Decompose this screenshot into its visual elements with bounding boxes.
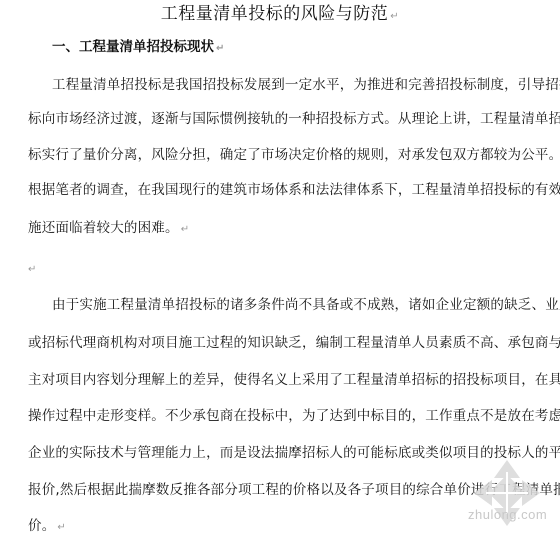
paragraph-mark-icon: ↵ xyxy=(216,43,224,54)
empty-paragraph: ↵ xyxy=(28,258,37,280)
paragraph1-last-line: 施还面临着较大的困难。↵ xyxy=(28,218,189,240)
paragraph2-line-text: 价。 xyxy=(28,518,55,534)
paragraph-mark-icon: ↵ xyxy=(57,522,66,533)
document-title-text: 工程量清单投标的风险与防范 xyxy=(161,4,389,24)
paragraph-mark-icon: ↵ xyxy=(181,224,190,235)
paragraph2-line: 主对项目内容划分理解上的差异，使得名义上采用了工程量清单招标的招投标项目，在具体 xyxy=(28,370,560,390)
paragraph-mark-icon: ↵ xyxy=(28,264,37,275)
watermark-text: zhulong.com xyxy=(468,507,547,522)
paragraph2-line: 由于实施工程量清单招投标的诸多条件尚不具备或不成熟，诸如企业定额的缺乏、业主 xyxy=(52,295,560,315)
paragraph1-line-text: 施还面临着较大的困难。 xyxy=(28,220,179,236)
paragraph2-line: 或招标代理商机构对项目施工过程的知识缺乏，编制工程量清单人员素质不高、承包商与业 xyxy=(28,333,560,353)
paragraph-mark-icon: ↵ xyxy=(390,11,399,22)
section-heading-text: 一、工程量清单招投标现状 xyxy=(52,39,214,55)
paragraph2-last-line: 价。↵ xyxy=(28,516,66,538)
paragraph1-line: 标向市场经济过渡，逐渐与国际惯例接轨的一种招投标方式。从理论上讲，工程量清单招投 xyxy=(28,109,560,129)
paragraph2-line: 操作过程中走形变样。不少承包商在投标中，为了达到中标目的，工作重点不是放在考虑本 xyxy=(28,406,560,426)
section-heading: 一、工程量清单招投标现状↵ xyxy=(52,37,224,59)
paragraph1-line: 根据笔者的调查，在我国现行的建筑市场体系和法法律体系下，工程量清单招投标的有效实 xyxy=(28,180,560,200)
paragraph1-line: 工程量清单招投标是我国招投标发展到一定水平，为推进和完善招投标制度，引导招投 xyxy=(52,75,560,95)
paragraph1-line: 标实行了量价分离，风险分担，确定了市场决定价格的规则，对承发包双方都较为公平。但 xyxy=(28,145,560,165)
document-title: 工程量清单投标的风险与防范↵ xyxy=(0,2,560,29)
